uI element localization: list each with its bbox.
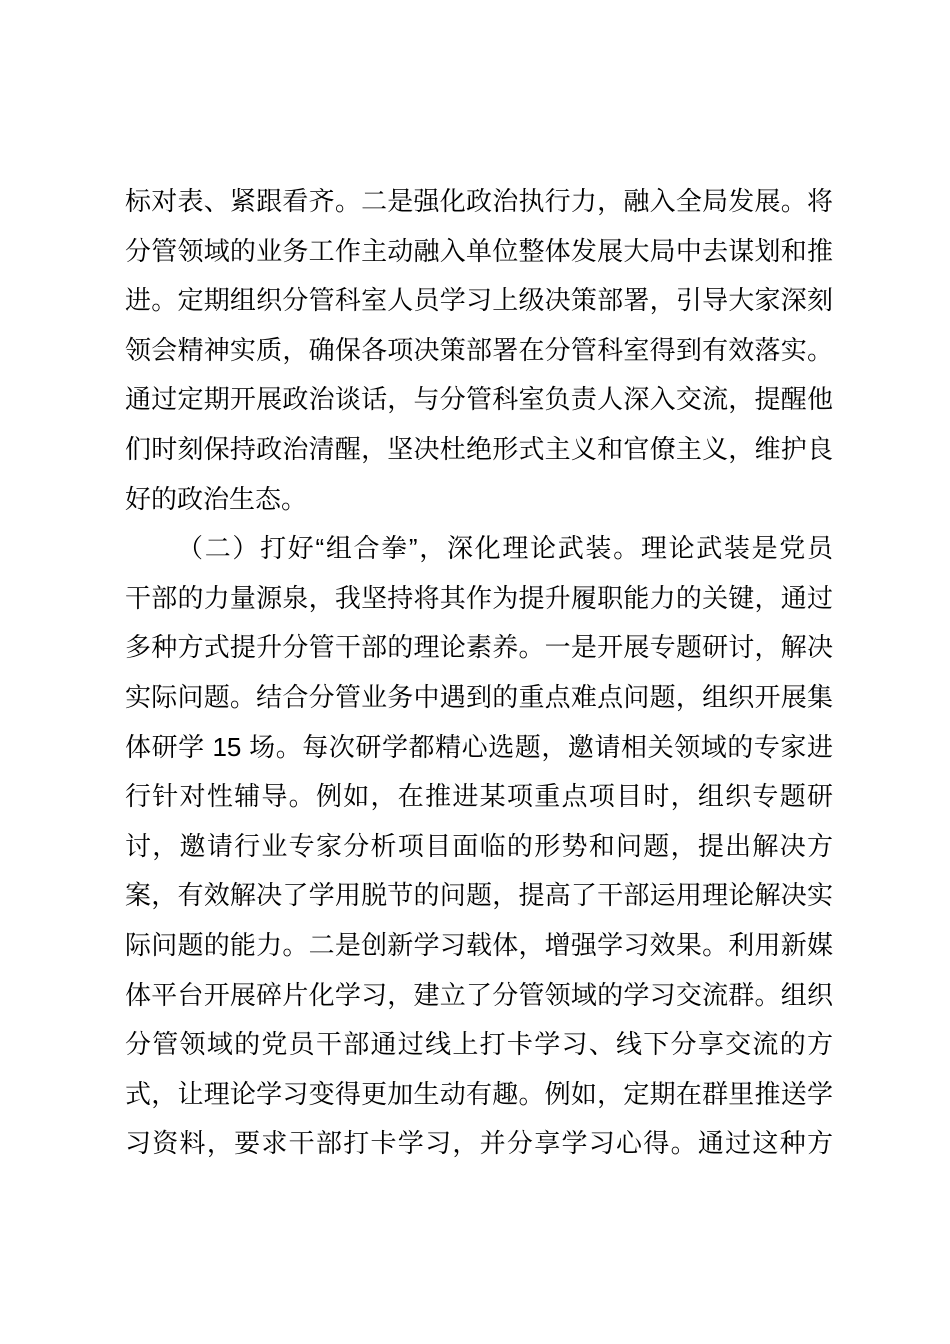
text-line: （二）打好“组合拳”，深化理论武装。理论武装是党员 xyxy=(125,524,833,574)
text-line: 多种方式提升分管干部的理论素养。一是开展专题研讨，解决 xyxy=(125,623,833,673)
text-line: 体研学 15 场。每次研学都精心选题，邀请相关领域的专家进 xyxy=(125,723,833,773)
text-line: 分管领域的业务工作主动融入单位整体发展大局中去谋划和推 xyxy=(125,227,833,277)
text-line: 讨，邀请行业专家分析项目面临的形势和问题，提出解决方 xyxy=(125,822,833,872)
text-line: 通过定期开展政治谈话，与分管科室负责人深入交流，提醒他 xyxy=(125,375,833,425)
text-line: 分管领域的党员干部通过线上打卡学习、线下分享交流的方 xyxy=(125,1020,833,1070)
text-line: 们时刻保持政治清醒，坚决杜绝形式主义和官僚主义，维护良 xyxy=(125,425,833,475)
document-page: 标对表、紧跟看齐。二是强化政治执行力，融入全局发展。将分管领域的业务工作主动融入… xyxy=(0,0,950,1344)
text-line: 案，有效解决了学用脱节的问题，提高了干部运用理论解决实 xyxy=(125,871,833,921)
text-line: 标对表、紧跟看齐。二是强化政治执行力，融入全局发展。将 xyxy=(125,177,833,227)
text-line: 好的政治生态。 xyxy=(125,475,833,525)
text-line: 领会精神实质，确保各项决策部署在分管科室得到有效落实。 xyxy=(125,326,833,376)
text-line: 体平台开展碎片化学习，建立了分管领域的学习交流群。组织 xyxy=(125,971,833,1021)
text-line: 式，让理论学习变得更加生动有趣。例如，定期在群里推送学 xyxy=(125,1070,833,1120)
text-line: 干部的力量源泉，我坚持将其作为提升履职能力的关键，通过 xyxy=(125,574,833,624)
document-body: 标对表、紧跟看齐。二是强化政治执行力，融入全局发展。将分管领域的业务工作主动融入… xyxy=(125,177,833,1169)
text-line: 际问题的能力。二是创新学习载体，增强学习效果。利用新媒 xyxy=(125,921,833,971)
text-line: 进。定期组织分管科室人员学习上级决策部署，引导大家深刻 xyxy=(125,276,833,326)
text-line: 实际问题。结合分管业务中遇到的重点难点问题，组织开展集 xyxy=(125,673,833,723)
text-line: 行针对性辅导。例如，在推进某项重点项目时，组织专题研 xyxy=(125,772,833,822)
text-line: 习资料，要求干部打卡学习，并分享学习心得。通过这种方 xyxy=(125,1119,833,1169)
